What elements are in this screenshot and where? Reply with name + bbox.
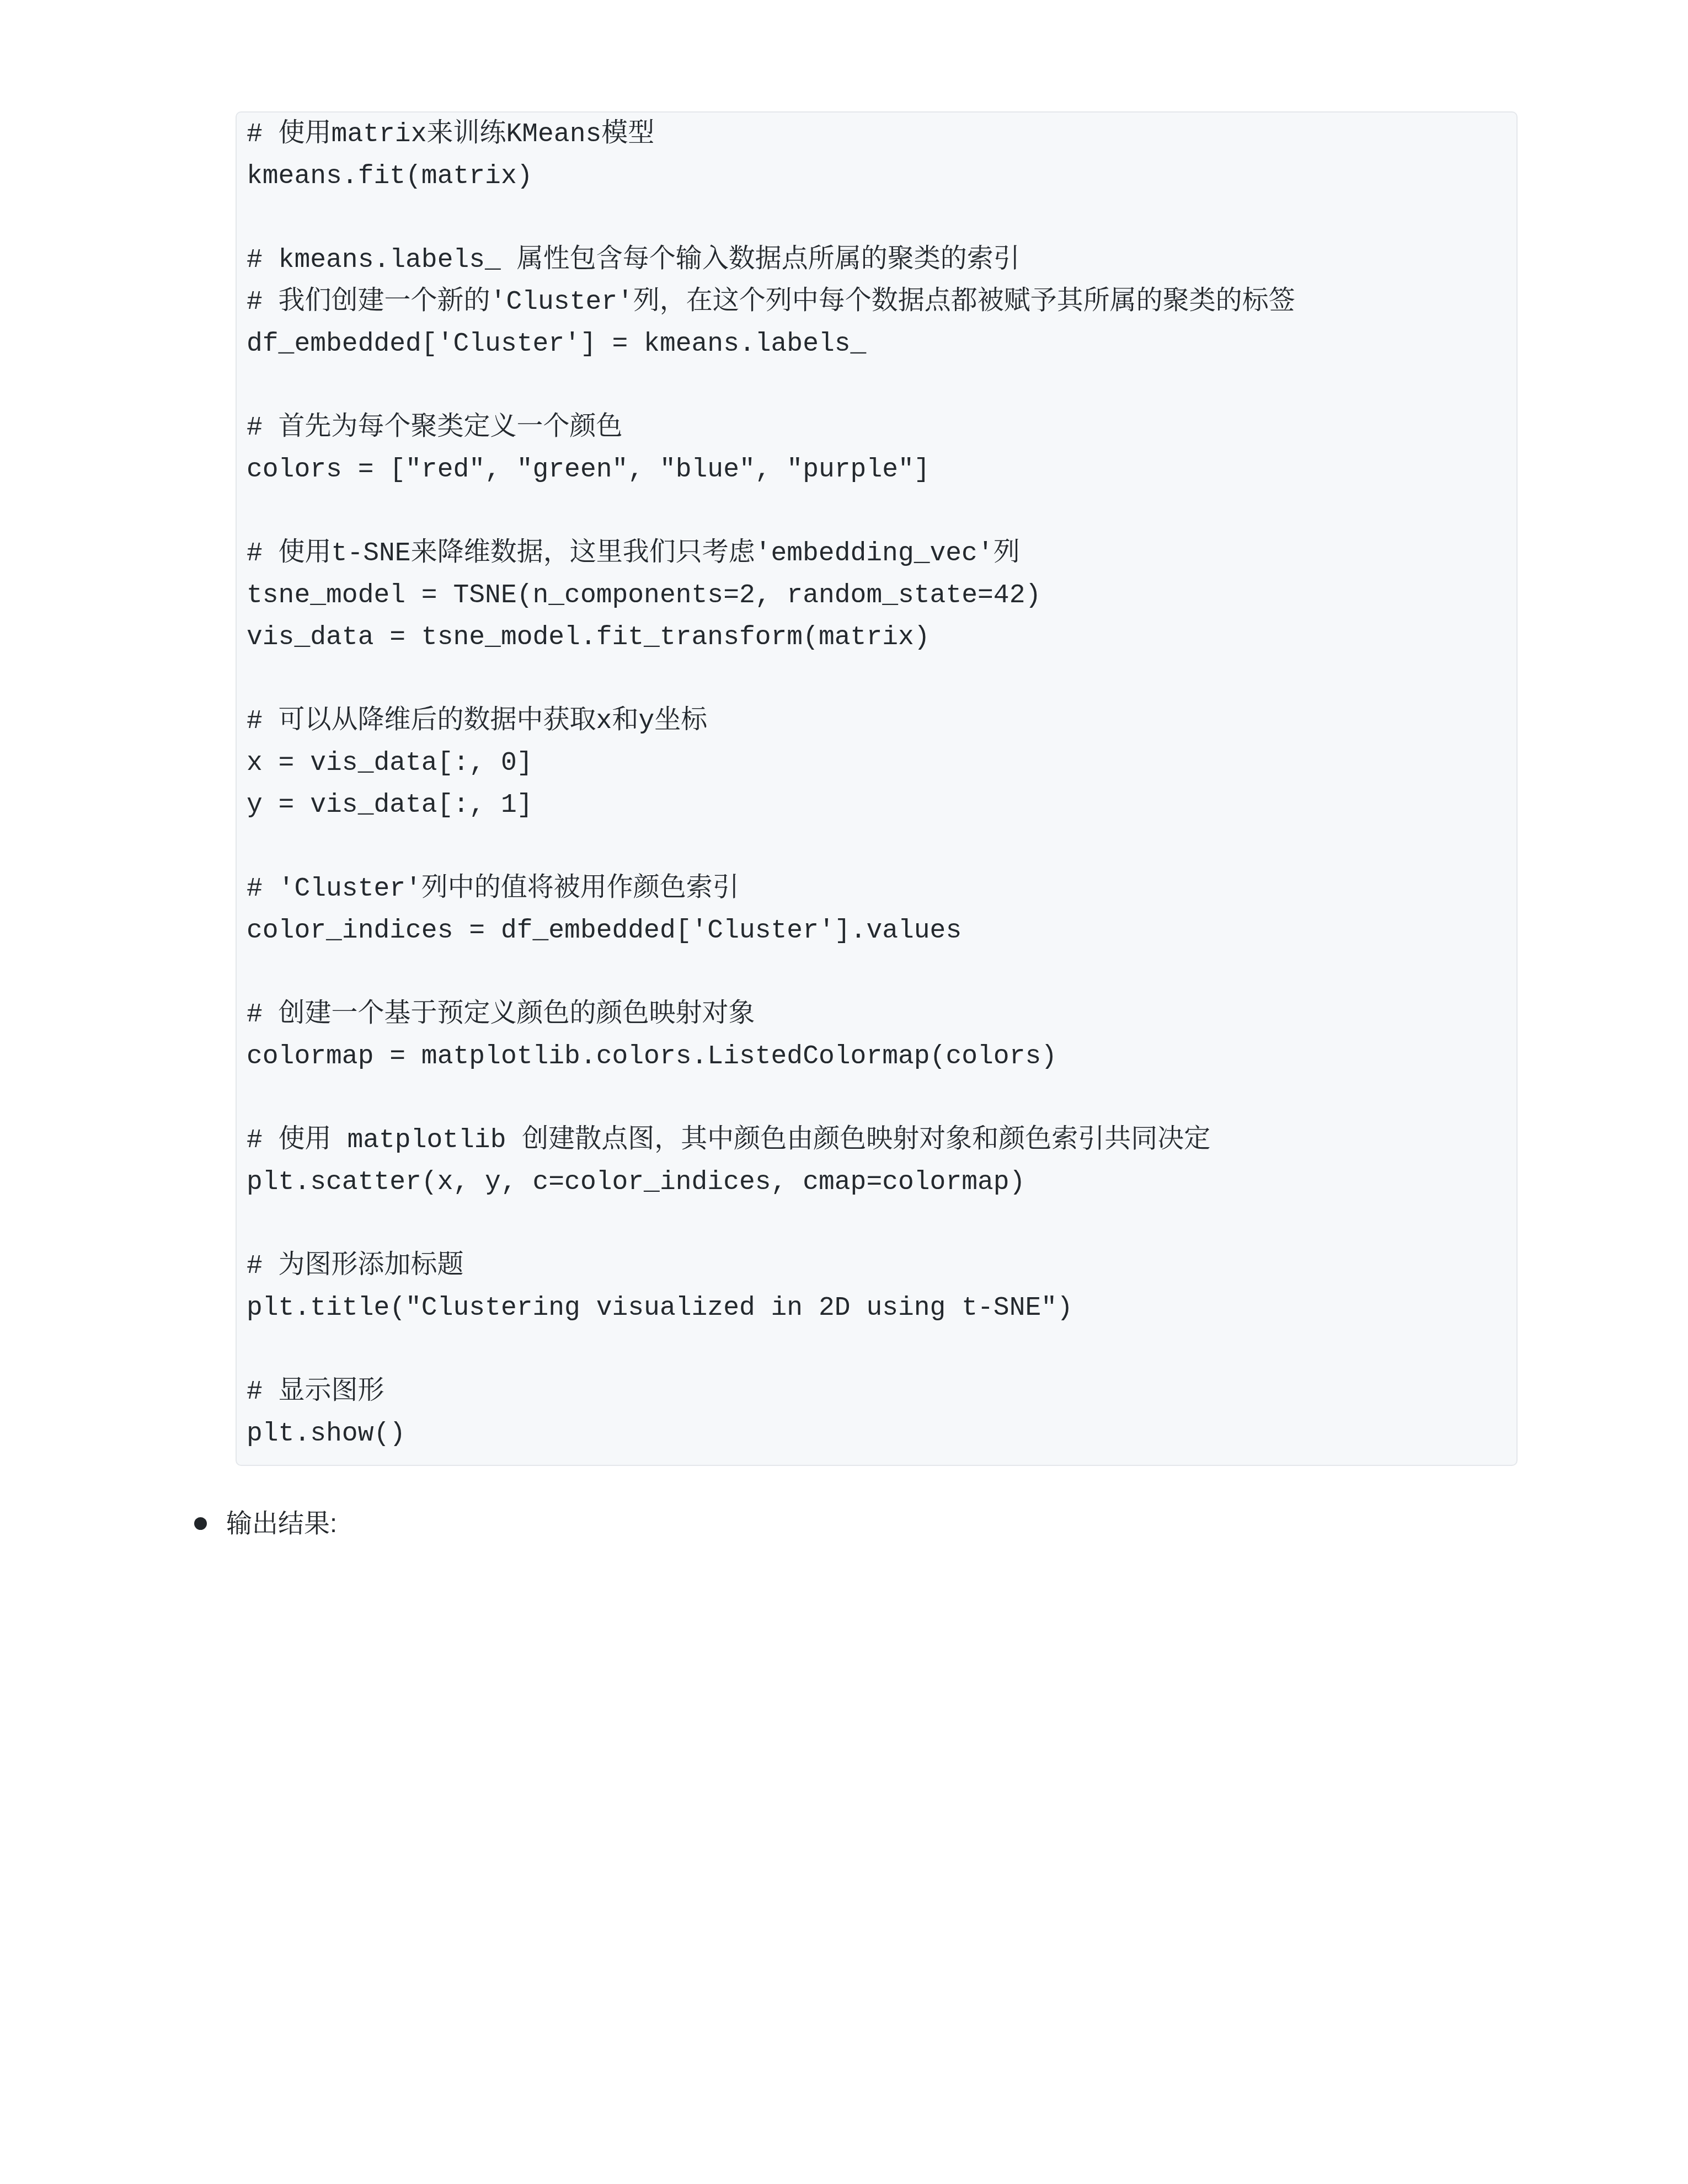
code-line: # kmeans.labels_ 属性包含每个输入数据点所属的聚类的索引 — [247, 239, 1505, 281]
code-line: y = vis_data[:, 1] — [247, 784, 1505, 826]
output-list-item: 输出结果: — [194, 1502, 337, 1544]
code-line: plt.title("Clustering visualized in 2D u… — [247, 1287, 1505, 1329]
code-line — [247, 826, 1505, 868]
code-line: # 可以从降维后的数据中获取x和y坐标 — [247, 700, 1505, 742]
code-line: kmeans.fit(matrix) — [247, 156, 1505, 197]
code-line: df_embedded['Cluster'] = kmeans.labels_ — [247, 323, 1505, 365]
document-page: # 使用matrix来训练KMeans模型 kmeans.fit(matrix)… — [0, 0, 1688, 2184]
bullet-icon — [194, 1517, 207, 1530]
code-line: tsne_model = TSNE(n_components=2, random… — [247, 575, 1505, 617]
code-line: # 使用matrix来训练KMeans模型 — [247, 114, 1505, 156]
code-line: # 为图形添加标题 — [247, 1245, 1505, 1287]
code-line: # 创建一个基于预定义颜色的颜色映射对象 — [247, 994, 1505, 1036]
code-line — [247, 1329, 1505, 1371]
code-line — [247, 952, 1505, 994]
code-line: # 我们创建一个新的'Cluster'列，在这个列中每个数据点都被赋予其所属的聚… — [247, 281, 1505, 323]
code-line — [247, 491, 1505, 533]
code-line — [247, 197, 1505, 239]
output-label: 输出结果: — [226, 1502, 337, 1544]
code-line: # 首先为每个聚类定义一个颜色 — [247, 407, 1505, 449]
code-line: plt.scatter(x, y, c=color_indices, cmap=… — [247, 1161, 1505, 1203]
code-line — [247, 659, 1505, 700]
code-line: # 使用 matplotlib 创建散点图，其中颜色由颜色映射对象和颜色索引共同… — [247, 1120, 1505, 1161]
code-line — [247, 365, 1505, 407]
code-line: vis_data = tsne_model.fit_transform(matr… — [247, 617, 1505, 659]
python-code-block: # 使用matrix来训练KMeans模型 kmeans.fit(matrix)… — [236, 111, 1518, 1466]
code-line: colormap = matplotlib.colors.ListedColor… — [247, 1036, 1505, 1078]
code-line: x = vis_data[:, 0] — [247, 742, 1505, 784]
code-line — [247, 1203, 1505, 1245]
code-line — [247, 1078, 1505, 1120]
code-line: colors = ["red", "green", "blue", "purpl… — [247, 449, 1505, 491]
code-line: # 使用t-SNE来降维数据，这里我们只考虑'embedding_vec'列 — [247, 533, 1505, 575]
code-line: color_indices = df_embedded['Cluster'].v… — [247, 910, 1505, 952]
code-line: plt.show() — [247, 1413, 1505, 1455]
code-line: # 显示图形 — [247, 1371, 1505, 1413]
code-line: # 'Cluster'列中的值将被用作颜色索引 — [247, 868, 1505, 910]
